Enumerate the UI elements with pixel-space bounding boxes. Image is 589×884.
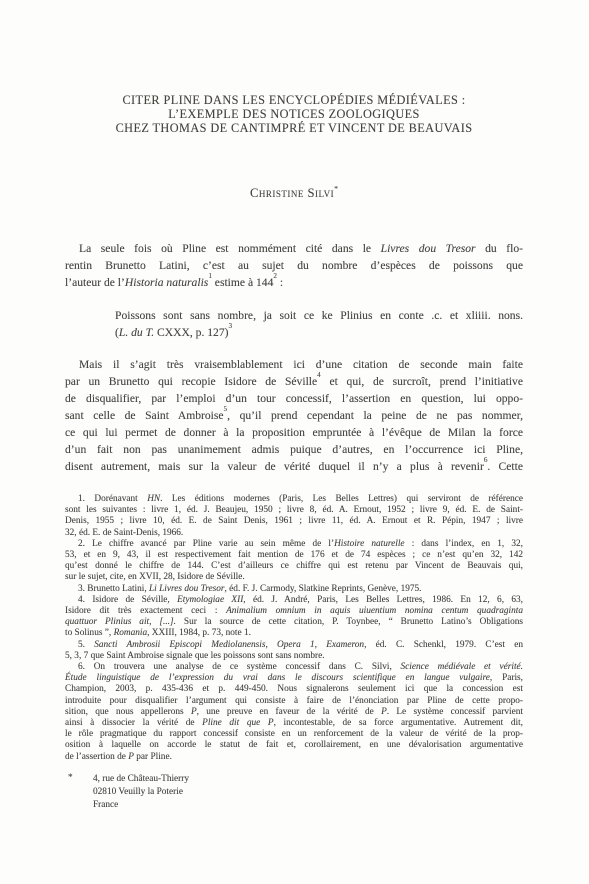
author-name: Christine Silvi [250, 186, 334, 200]
author-address-line-1: 4, rue de Château-Thierry [93, 773, 523, 786]
text-line: disent autrement, mais sur la valeur de … [65, 458, 523, 475]
text-line: Mais il s’agit très vraisemblablement ic… [65, 356, 523, 373]
text-line: sant celle de Saint Ambroise5, qu’il pre… [65, 407, 523, 424]
text-line: de disqualifier, par l’emploi d’un tour … [65, 390, 523, 407]
text-line: to Solinus ”, Romania, XXIII, 1984, p. 7… [65, 628, 523, 639]
text-line: 5, 3, 7 que Saint Ambroise signale que l… [65, 651, 523, 662]
text-line: introduite pour disqualifier l’argument … [65, 696, 523, 707]
text-line: Champion, 2003, p. 435-436 et p. 449-450… [65, 684, 523, 695]
title-line-1: CITER PLINE DANS LES ENCYCLOPÉDIES MÉDIÉ… [65, 93, 523, 107]
author-address: 4, rue de Château-Thierry 02810 Veuilly … [93, 773, 523, 812]
text-line: le rôle pragmatique du rapport concessif… [65, 729, 523, 740]
footnote-2: 2. Le chiffre avancé par Pline varie au … [65, 539, 523, 584]
footnotes: 1. Dorénavant HN. Les éditions modernes … [65, 494, 523, 763]
text-line: La seule fois où Pline est nommément cit… [65, 240, 523, 257]
text-line: rentin Brunetto Latini, c’est au sujet d… [65, 257, 523, 274]
scanned-paper-page: CITER PLINE DANS LES ENCYCLOPÉDIES MÉDIÉ… [0, 0, 589, 884]
footnote-4: 4. Isidore de Séville, Etymologiae XII, … [65, 595, 523, 640]
text-line: de l’assertion de P par Pline. [65, 752, 523, 763]
author-byline: Christine Silvi* [65, 186, 523, 200]
text-line: (L. du T. CXXX, p. 127)3 [115, 324, 523, 341]
paragraph-1: La seule fois où Pline est nommément cit… [65, 240, 523, 291]
text-line: Isidore dit très exactement ceci : Anima… [65, 606, 523, 617]
text-line: ce qui lui permet de donner à la proposi… [65, 424, 523, 441]
author-note-marker: * [334, 184, 338, 193]
text-line: 3. Brunetto Latini, Li Livres dou Tresor… [65, 584, 523, 595]
text-line: osition à laquelle on accorde le statut … [65, 740, 523, 751]
author-address-line-2: 02810 Veuilly la Poterie [93, 786, 523, 799]
title-line-3: CHEZ THOMAS DE CANTIMPRÉ ET VINCENT DE B… [65, 121, 523, 135]
article-title: CITER PLINE DANS LES ENCYCLOPÉDIES MÉDIÉ… [65, 0, 523, 135]
text-line: 2. Le chiffre avancé par Pline varie au … [65, 539, 523, 550]
text-line: sur le sujet, cite, en XVII, 28, Isidore… [65, 572, 523, 583]
article-content: CITER PLINE DANS LES ENCYCLOPÉDIES MÉDIÉ… [65, 0, 523, 812]
text-line: d’un fait non pas unanimement admis puiq… [65, 441, 523, 458]
footnote-3: 3. Brunetto Latini, Li Livres dou Tresor… [65, 584, 523, 595]
text-line: ainsi à dissocier la vérité de Pline dit… [65, 718, 523, 729]
author-address-line-3: France [93, 799, 523, 812]
footnote-6: 6. On trouvera une analyse de ce système… [65, 662, 523, 763]
text-line: 6. On trouvera une analyse de ce système… [65, 662, 523, 673]
text-line: Denis, 1955 ; livre 10, éd. E. de Saint … [65, 516, 523, 527]
title-line-2: L’EXEMPLE DES NOTICES ZOOLOGIQUES [65, 107, 523, 121]
author-note-mark: * [68, 773, 93, 812]
paragraph-2: Mais il s’agit très vraisemblablement ic… [65, 356, 523, 475]
text-line: 53, et en 9, 43, il est respectivement f… [65, 550, 523, 561]
author-note: * 4, rue de Château-Thierry 02810 Veuill… [65, 773, 523, 812]
text-line: sition, que nous appellerons P, une preu… [65, 707, 523, 718]
footnote-1: 1. Dorénavant HN. Les éditions modernes … [65, 494, 523, 539]
text-line: Poissons sont sans nombre, ja soit ce ke… [115, 307, 523, 324]
text-line: 1. Dorénavant HN. Les éditions modernes … [65, 494, 523, 505]
text-line: Étude linguistique de l’expression du vr… [65, 673, 523, 684]
block-quote: Poissons sont sans nombre, ja soit ce ke… [115, 307, 523, 341]
text-line: sont les suivantes : livre 1, éd. J. Bea… [65, 505, 523, 516]
text-line: par un Brunetto qui recopie Isidore de S… [65, 373, 523, 390]
text-line: l’auteur de l’Historia naturalis1 estime… [65, 274, 523, 291]
text-line: 32, éd. E. de Saint-Denis, 1966. [65, 528, 523, 539]
footnote-5: 5. Sancti Ambrosii Episcopi Mediolanensi… [65, 640, 523, 662]
text-line: quattuor Plinius ait, [...]. Sur la sour… [65, 617, 523, 628]
text-line: 5. Sancti Ambrosii Episcopi Mediolanensi… [65, 640, 523, 651]
text-line: 4. Isidore de Séville, Etymologiae XII, … [65, 595, 523, 606]
text-line: qu’est donné le chiffre de 144. C’est d’… [65, 561, 523, 572]
